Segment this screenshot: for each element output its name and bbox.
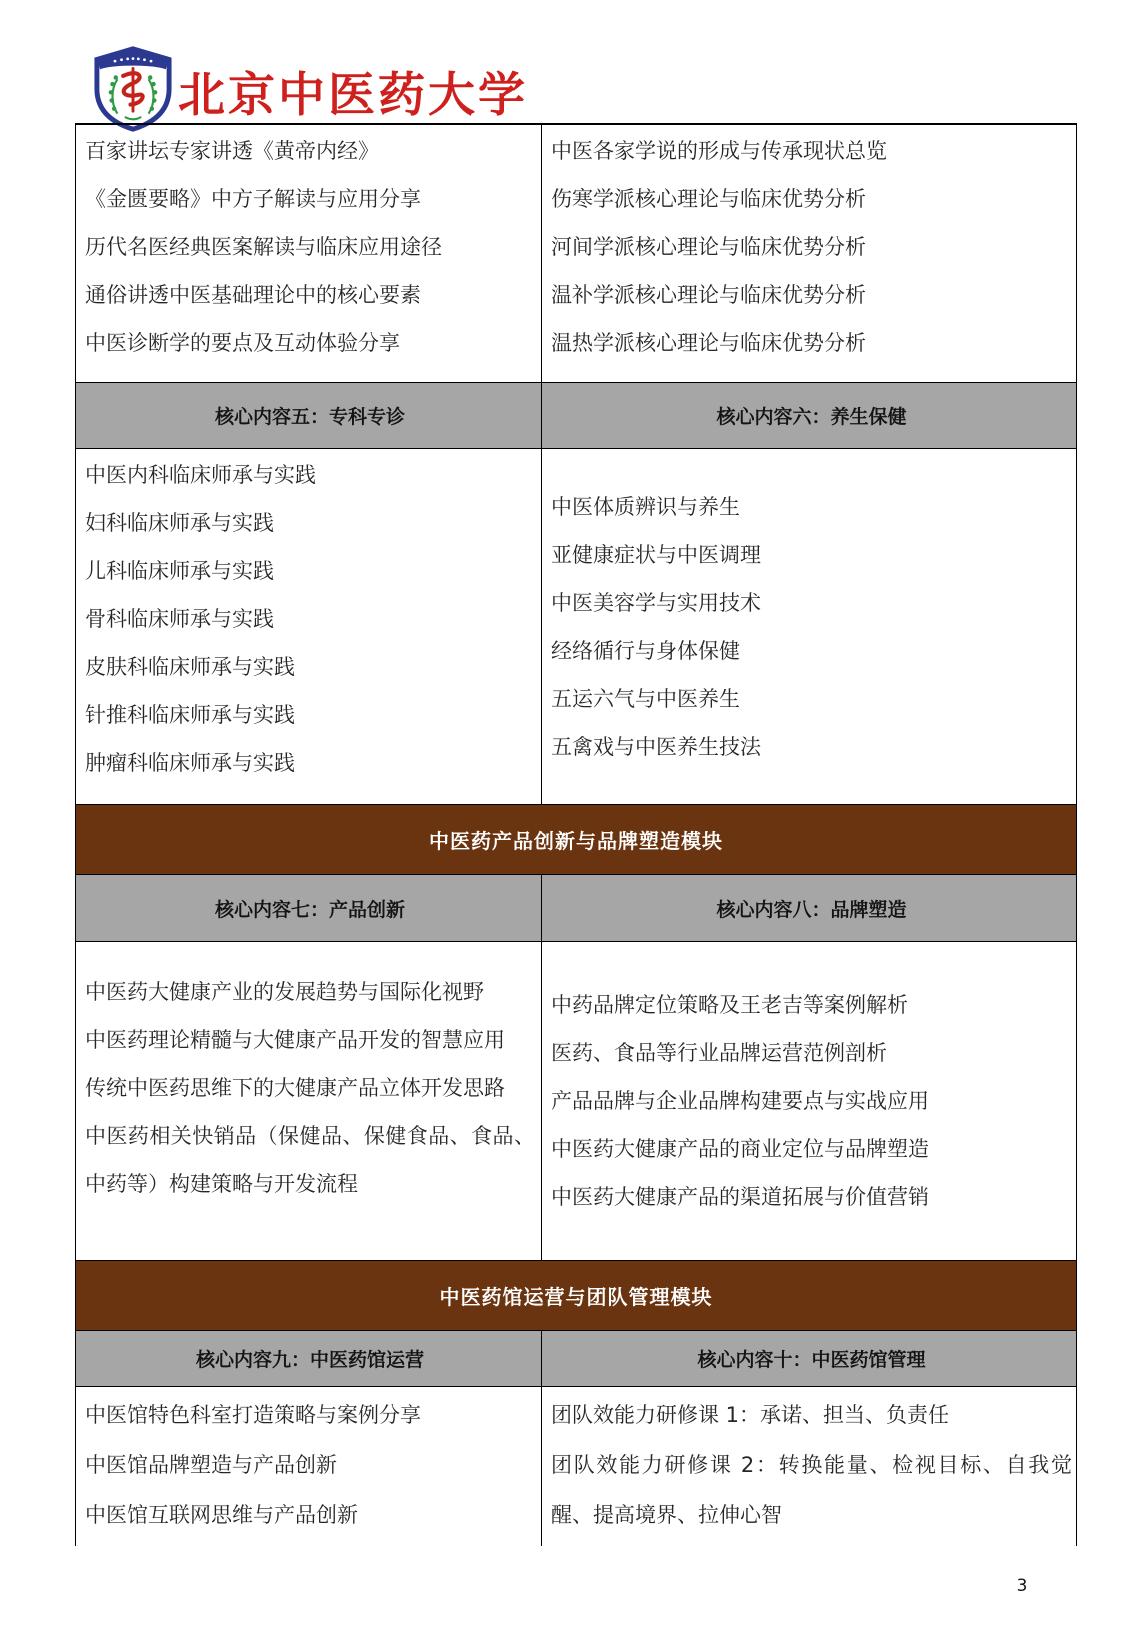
shield-icon bbox=[92, 46, 174, 132]
clinic-operation-left-cell: 中医馆特色科室打造策略与案例分享 中医馆品牌塑造与产品创新 中医馆互联网思维与产… bbox=[75, 1387, 541, 1546]
product-innovation-left-cell: 中医药大健康产业的发展趋势与国际化视野 中医药理论精髓与大健康产品开发的智慧应用… bbox=[75, 942, 541, 1261]
course-item: 中医药大健康产品的商业定位与品牌塑造 bbox=[551, 1125, 1072, 1173]
table-row-subheader-9-10: 核心内容九：中医药馆运营 核心内容十：中医药馆管理 bbox=[75, 1331, 1077, 1387]
course-item: 河间学派核心理论与临床优势分析 bbox=[551, 223, 1072, 271]
subheader-core-content-5: 核心内容五：专科专诊 bbox=[75, 383, 541, 449]
course-item: 伤寒学派核心理论与临床优势分析 bbox=[551, 175, 1072, 223]
course-item: 中医内科临床师承与实践 bbox=[85, 451, 535, 499]
course-item: 妇科临床师承与实践 bbox=[85, 499, 535, 547]
specialty-left-cell: 中医内科临床师承与实践 妇科临床师承与实践 儿科临床师承与实践 骨科临床师承与实… bbox=[75, 449, 541, 805]
table-row-subheader-7-8: 核心内容七：产品创新 核心内容八：品牌塑造 bbox=[75, 875, 1077, 942]
clinic-management-right-cell: 团队效能力研修课 1：承诺、担当、负责任 团队效能力研修课 2：转换能量、检视目… bbox=[541, 1387, 1077, 1546]
course-item: 中医药大健康产业的发展趋势与国际化视野 bbox=[85, 968, 535, 1016]
brand-building-right-cell: 中药品牌定位策略及王老吉等案例解析 医药、食品等行业品牌运营范例剖析 产品品牌与… bbox=[541, 942, 1077, 1261]
course-item: 中医药理论精髓与大健康产品开发的智慧应用 bbox=[85, 1016, 535, 1064]
university-shield-logo-icon bbox=[92, 46, 174, 132]
course-item: 产品品牌与企业品牌构建要点与实战应用 bbox=[551, 1077, 1072, 1125]
course-item: 五运六气与中医养生 bbox=[551, 675, 1072, 723]
course-item: 亚健康症状与中医调理 bbox=[551, 531, 1072, 579]
course-item: 中医药相关快销品（保健品、保健食品、食品、中药等）构建策略与开发流程 bbox=[85, 1112, 535, 1208]
course-item: 中医诊断学的要点及互动体验分享 bbox=[85, 319, 535, 367]
course-item: 温补学派核心理论与临床优势分析 bbox=[551, 271, 1072, 319]
subheader-core-content-7: 核心内容七：产品创新 bbox=[75, 875, 541, 942]
wellness-right-cell: 中医体质辨识与养生 亚健康症状与中医调理 中医美容学与实用技术 经络循行与身体保… bbox=[541, 449, 1077, 805]
course-item: 《金匮要略》中方子解读与应用分享 bbox=[85, 175, 535, 223]
course-item: 肿瘤科临床师承与实践 bbox=[85, 739, 535, 787]
course-item: 儿科临床师承与实践 bbox=[85, 547, 535, 595]
table-row-specialty-wellness: 中医内科临床师承与实践 妇科临床师承与实践 儿科临床师承与实践 骨科临床师承与实… bbox=[75, 449, 1077, 805]
university-name: 北京中医药大学 bbox=[178, 58, 528, 125]
lecture-topics-left-cell: 百家讲坛专家讲透《黄帝内经》 《金匮要略》中方子解读与应用分享 历代名医经典医案… bbox=[75, 125, 541, 383]
subheader-core-content-9: 核心内容九：中医药馆运营 bbox=[75, 1331, 541, 1387]
course-item: 团队效能力研修课 2：转换能量、检视目标、自我觉醒、提高境界、拉伸心智 bbox=[551, 1440, 1072, 1540]
course-item: 皮肤科临床师承与实践 bbox=[85, 643, 535, 691]
course-item: 五禽戏与中医养生技法 bbox=[551, 723, 1072, 771]
course-item: 温热学派核心理论与临床优势分析 bbox=[551, 319, 1072, 367]
course-item: 中医各家学说的形成与传承现状总览 bbox=[551, 127, 1072, 175]
page-number: 3 bbox=[1010, 1576, 1034, 1596]
table-row-subheader-5-6: 核心内容五：专科专诊 核心内容六：养生保健 bbox=[75, 383, 1077, 449]
course-item: 中医药大健康产品的渠道拓展与价值营销 bbox=[551, 1173, 1072, 1221]
module-banner-clinic-team: 中医药馆运营与团队管理模块 bbox=[75, 1261, 1077, 1331]
course-table: 百家讲坛专家讲透《黄帝内经》 《金匮要略》中方子解读与应用分享 历代名医经典医案… bbox=[75, 123, 1077, 1546]
table-row-module-banner-1: 中医药产品创新与品牌塑造模块 bbox=[75, 805, 1077, 875]
course-item: 针推科临床师承与实践 bbox=[85, 691, 535, 739]
subheader-core-content-6: 核心内容六：养生保健 bbox=[541, 383, 1077, 449]
table-row-lecture-topics: 百家讲坛专家讲透《黄帝内经》 《金匮要略》中方子解读与应用分享 历代名医经典医案… bbox=[75, 125, 1077, 383]
course-item: 中医馆品牌塑造与产品创新 bbox=[85, 1440, 535, 1490]
course-item: 中医馆互联网思维与产品创新 bbox=[85, 1490, 535, 1540]
course-item: 传统中医药思维下的大健康产品立体开发思路 bbox=[85, 1064, 535, 1112]
course-item: 中医体质辨识与养生 bbox=[551, 483, 1072, 531]
module-banner-product-brand: 中医药产品创新与品牌塑造模块 bbox=[75, 805, 1077, 875]
course-item: 经络循行与身体保健 bbox=[551, 627, 1072, 675]
table-row-clinic-ops-mgmt: 中医馆特色科室打造策略与案例分享 中医馆品牌塑造与产品创新 中医馆互联网思维与产… bbox=[75, 1387, 1077, 1546]
course-item: 中医馆特色科室打造策略与案例分享 bbox=[85, 1390, 535, 1440]
table-row-product-brand: 中医药大健康产业的发展趋势与国际化视野 中医药理论精髓与大健康产品开发的智慧应用… bbox=[75, 942, 1077, 1261]
subheader-core-content-8: 核心内容八：品牌塑造 bbox=[541, 875, 1077, 942]
course-item: 历代名医经典医案解读与临床应用途径 bbox=[85, 223, 535, 271]
course-item: 中药品牌定位策略及王老吉等案例解析 bbox=[551, 981, 1072, 1029]
course-item: 通俗讲透中医基础理论中的核心要素 bbox=[85, 271, 535, 319]
lecture-topics-right-cell: 中医各家学说的形成与传承现状总览 伤寒学派核心理论与临床优势分析 河间学派核心理… bbox=[541, 125, 1077, 383]
subheader-core-content-10: 核心内容十：中医药馆管理 bbox=[541, 1331, 1077, 1387]
course-item: 百家讲坛专家讲透《黄帝内经》 bbox=[85, 127, 535, 175]
table-row-module-banner-2: 中医药馆运营与团队管理模块 bbox=[75, 1261, 1077, 1331]
course-item: 中医美容学与实用技术 bbox=[551, 579, 1072, 627]
course-item: 团队效能力研修课 1：承诺、担当、负责任 bbox=[551, 1390, 1072, 1440]
course-item: 医药、食品等行业品牌运营范例剖析 bbox=[551, 1029, 1072, 1077]
course-item: 骨科临床师承与实践 bbox=[85, 595, 535, 643]
